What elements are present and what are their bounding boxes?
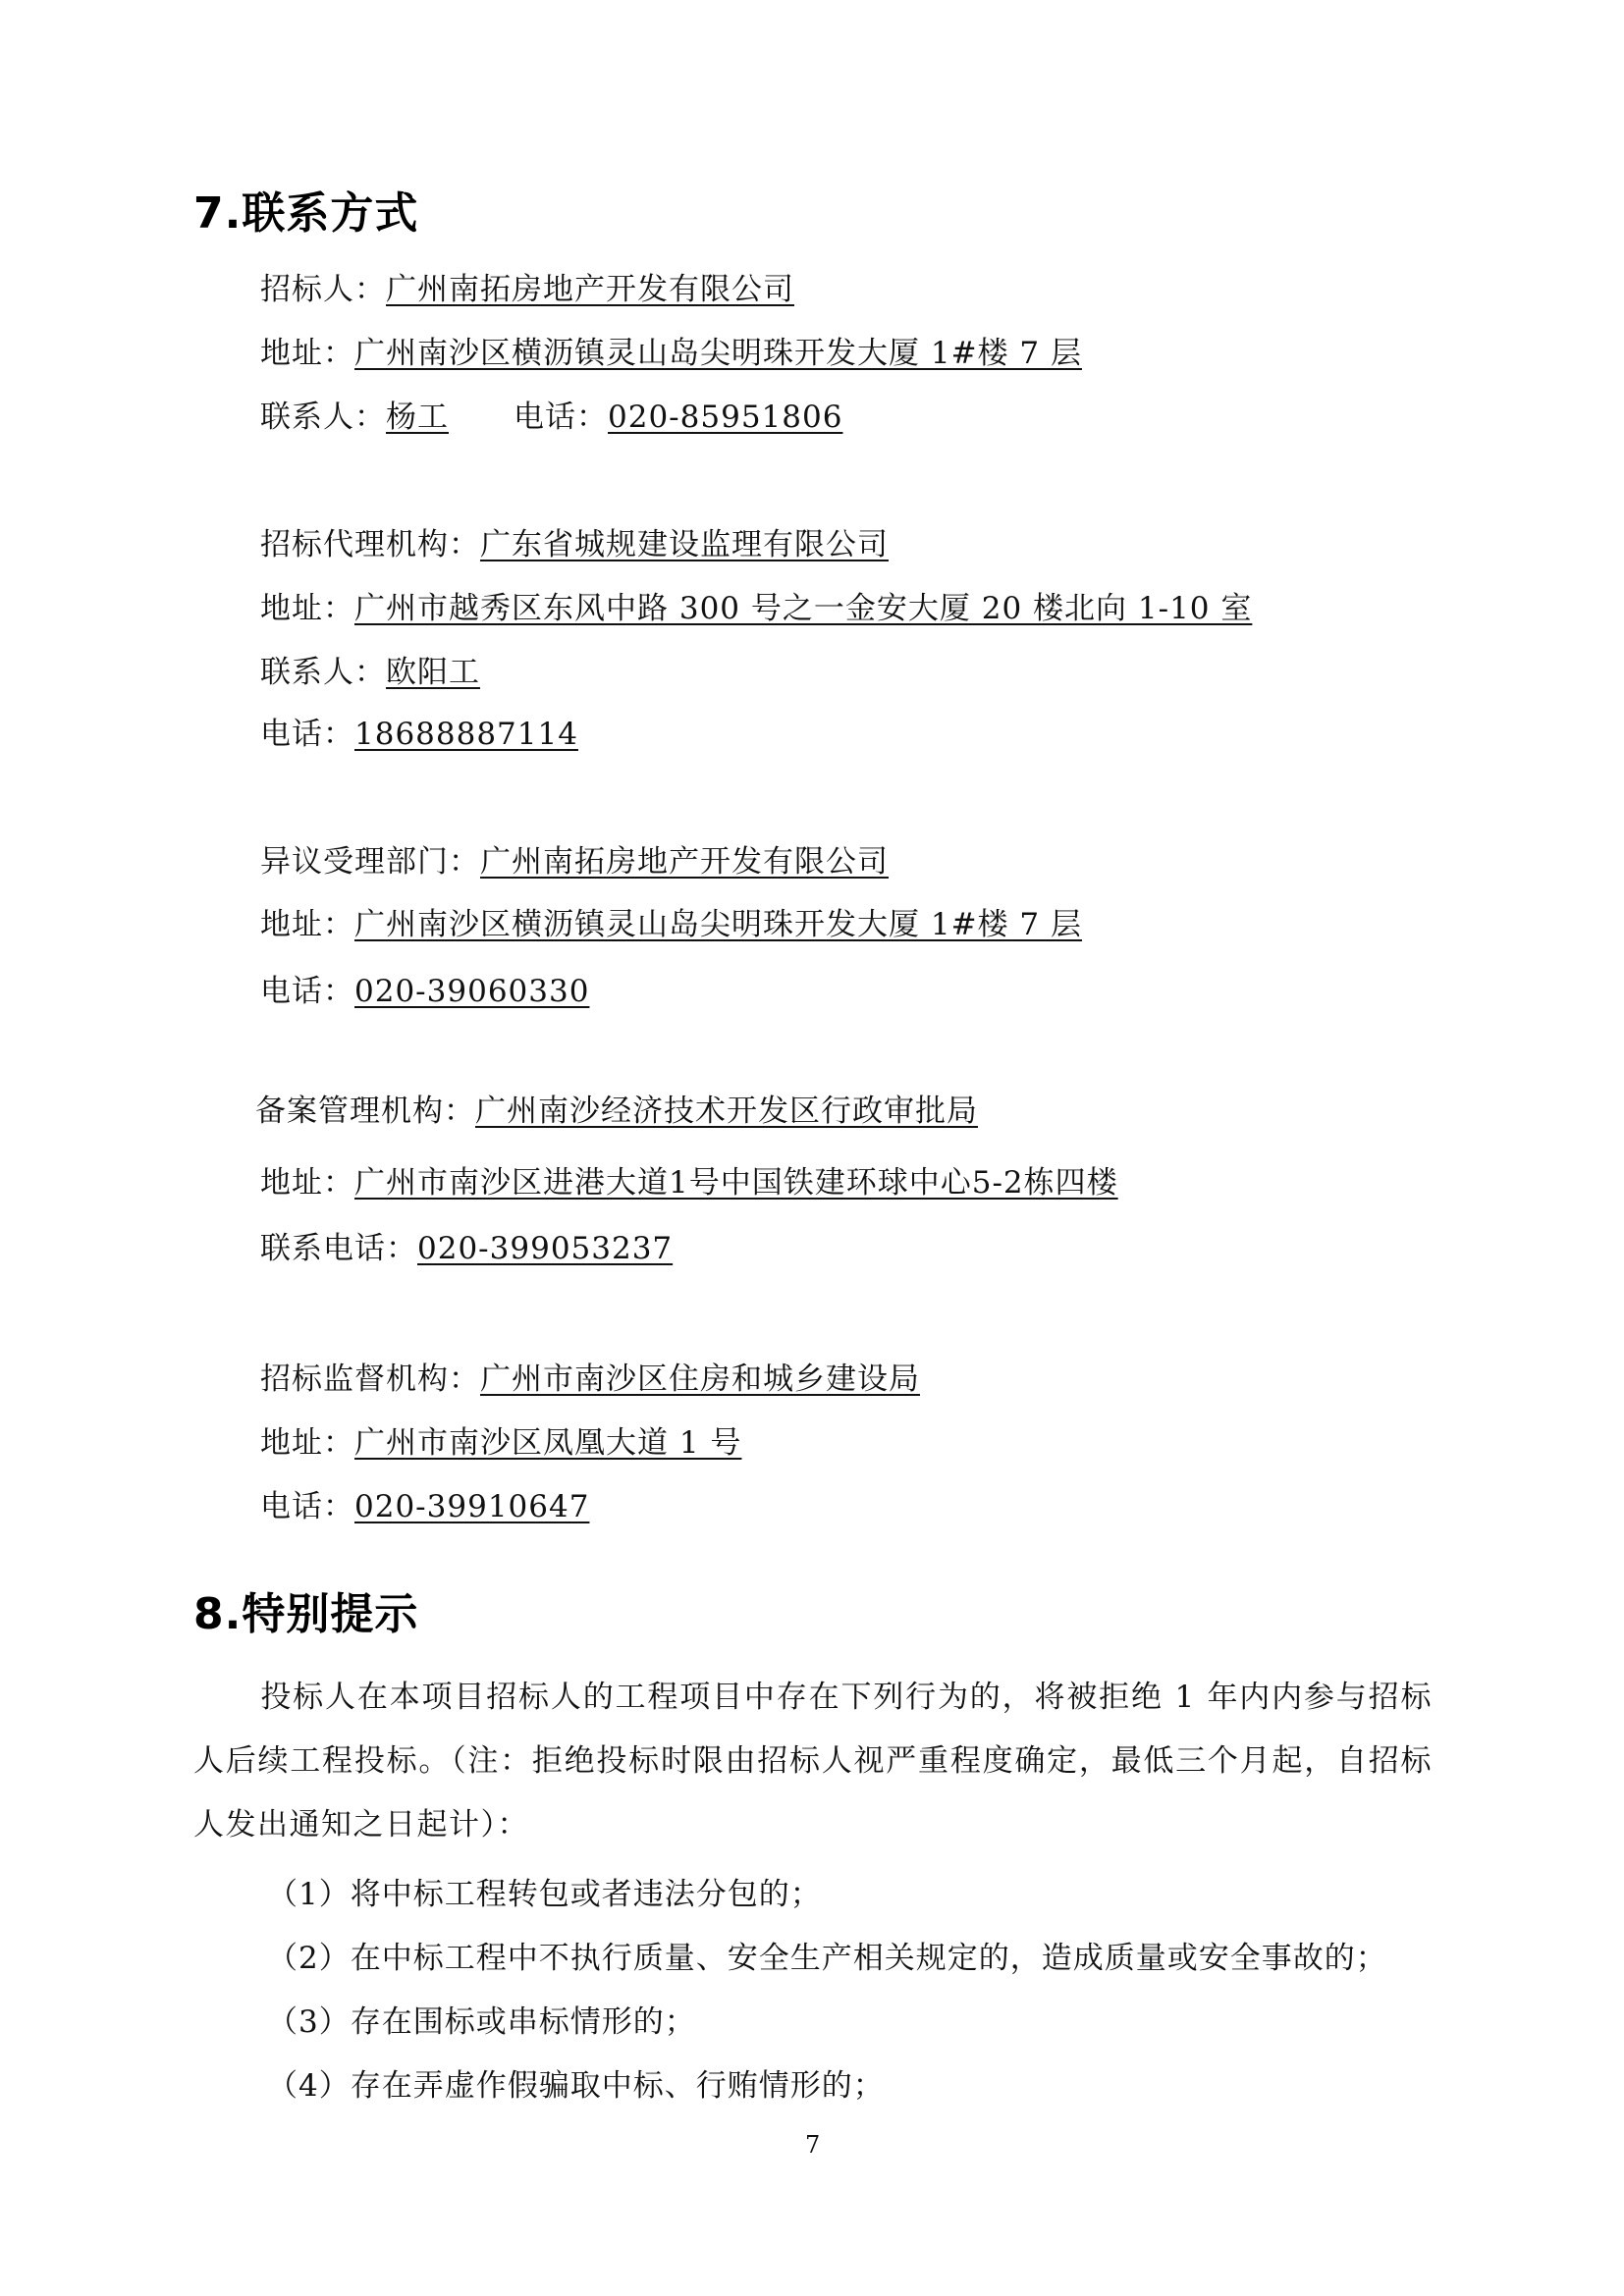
- supervision-name-line: 招标监督机构：广州市南沙区住房和城乡建设局: [260, 1360, 920, 1399]
- special-notice-text: 投标人在本项目招标人的工程项目中存在下列行为的，将被拒绝 1 年内内参与招标人后…: [193, 1680, 1433, 1842]
- objection-name-label: 异议受理部门：: [260, 844, 480, 880]
- supervision-address: 广州市南沙区凤凰大道 1 号: [354, 1425, 741, 1461]
- tenderer-name-line: 招标人：广州南拓房地产开发有限公司: [260, 270, 794, 309]
- tenderer-phone: 020-85951806: [608, 400, 842, 435]
- filing-address-label: 地址：: [260, 1165, 354, 1201]
- agent-address: 广州市越秀区东风中路 300 号之一金安大厦 20 楼北向 1-10 室: [354, 591, 1252, 626]
- page-number: 7: [805, 2130, 820, 2160]
- tenderer-name-label: 招标人：: [260, 272, 386, 307]
- section-8-heading: 8.特别提示: [193, 1587, 418, 1642]
- objection-phone: 020-39060330: [354, 974, 589, 1009]
- tenderer-contact-line: 联系人：杨工电话：020-85951806: [260, 398, 842, 437]
- filing-address-line: 地址：广州市南沙区进港大道1号中国铁建环球中心5-2栋四楼: [260, 1163, 1118, 1202]
- supervision-phone-label: 电话：: [260, 1489, 354, 1524]
- notice-item-4: （4）存在弄虚作假骗取中标、行贿情形的；: [267, 2066, 885, 2106]
- filing-address: 广州市南沙区进港大道1号中国铁建环球中心5-2栋四楼: [354, 1165, 1118, 1201]
- supervision-address-label: 地址：: [260, 1425, 354, 1461]
- agent-name-label: 招标代理机构：: [260, 527, 480, 562]
- notice-item-1: （1）将中标工程转包或者违法分包的；: [267, 1875, 822, 1914]
- agent-phone-line: 电话：18688887114: [260, 715, 578, 754]
- filing-name-label: 备案管理机构：: [255, 1094, 475, 1129]
- filing-phone-label: 联系电话：: [260, 1231, 417, 1266]
- objection-address: 广州南沙区横沥镇灵山岛尖明珠开发大厦 1#楼 7 层: [354, 907, 1082, 942]
- document-page: 7.联系方式 招标人：广州南拓房地产开发有限公司 地址：广州南沙区横沥镇灵山岛尖…: [0, 0, 1624, 2296]
- tenderer-address: 广州南沙区横沥镇灵山岛尖明珠开发大厦 1#楼 7 层: [354, 336, 1082, 371]
- agent-phone-label: 电话：: [260, 717, 354, 752]
- tenderer-contact-label: 联系人：: [260, 400, 386, 435]
- agent-address-line: 地址：广州市越秀区东风中路 300 号之一金安大厦 20 楼北向 1-10 室: [260, 589, 1252, 628]
- supervision-name: 广州市南沙区住房和城乡建设局: [480, 1362, 920, 1397]
- agent-address-label: 地址：: [260, 591, 354, 626]
- filing-name-line: 备案管理机构：广州南沙经济技术开发区行政审批局: [255, 1092, 978, 1131]
- notice-item-2: （2）在中标工程中不执行质量、安全生产相关规定的，造成质量或安全事故的；: [267, 1939, 1387, 1978]
- agent-contact: 欧阳工: [386, 655, 480, 690]
- tenderer-contact: 杨工: [386, 400, 449, 435]
- objection-phone-label: 电话：: [260, 974, 354, 1009]
- objection-name-line: 异议受理部门：广州南拓房地产开发有限公司: [260, 842, 889, 881]
- tenderer-name: 广州南拓房地产开发有限公司: [386, 272, 794, 307]
- objection-name: 广州南拓房地产开发有限公司: [480, 844, 889, 880]
- notice-item-3: （3）存在围标或串标情形的；: [267, 2002, 696, 2042]
- tenderer-phone-label: 电话：: [514, 400, 608, 435]
- supervision-phone: 020-39910647: [354, 1489, 589, 1524]
- tenderer-address-line: 地址：广州南沙区横沥镇灵山岛尖明珠开发大厦 1#楼 7 层: [260, 334, 1082, 373]
- supervision-phone-line: 电话：020-39910647: [260, 1487, 589, 1526]
- agent-name-line: 招标代理机构：广东省城规建设监理有限公司: [260, 525, 889, 564]
- tenderer-address-label: 地址：: [260, 336, 354, 371]
- objection-phone-line: 电话：020-39060330: [260, 972, 589, 1011]
- agent-phone: 18688887114: [354, 717, 578, 752]
- supervision-address-line: 地址：广州市南沙区凤凰大道 1 号: [260, 1423, 741, 1463]
- filing-name: 广州南沙经济技术开发区行政审批局: [475, 1094, 978, 1129]
- section-7-heading: 7.联系方式: [193, 187, 418, 241]
- agent-contact-line: 联系人：欧阳工: [260, 653, 480, 692]
- filing-phone-line: 联系电话：020-399053237: [260, 1229, 673, 1268]
- supervision-name-label: 招标监督机构：: [260, 1362, 480, 1397]
- filing-phone: 020-399053237: [417, 1231, 673, 1266]
- objection-address-line: 地址：广州南沙区横沥镇灵山岛尖明珠开发大厦 1#楼 7 层: [260, 905, 1082, 944]
- agent-contact-label: 联系人：: [260, 655, 386, 690]
- special-notice-paragraph: 投标人在本项目招标人的工程项目中存在下列行为的，将被拒绝 1 年内内参与招标人后…: [193, 1666, 1433, 1857]
- agent-name: 广东省城规建设监理有限公司: [480, 527, 889, 562]
- objection-address-label: 地址：: [260, 907, 354, 942]
